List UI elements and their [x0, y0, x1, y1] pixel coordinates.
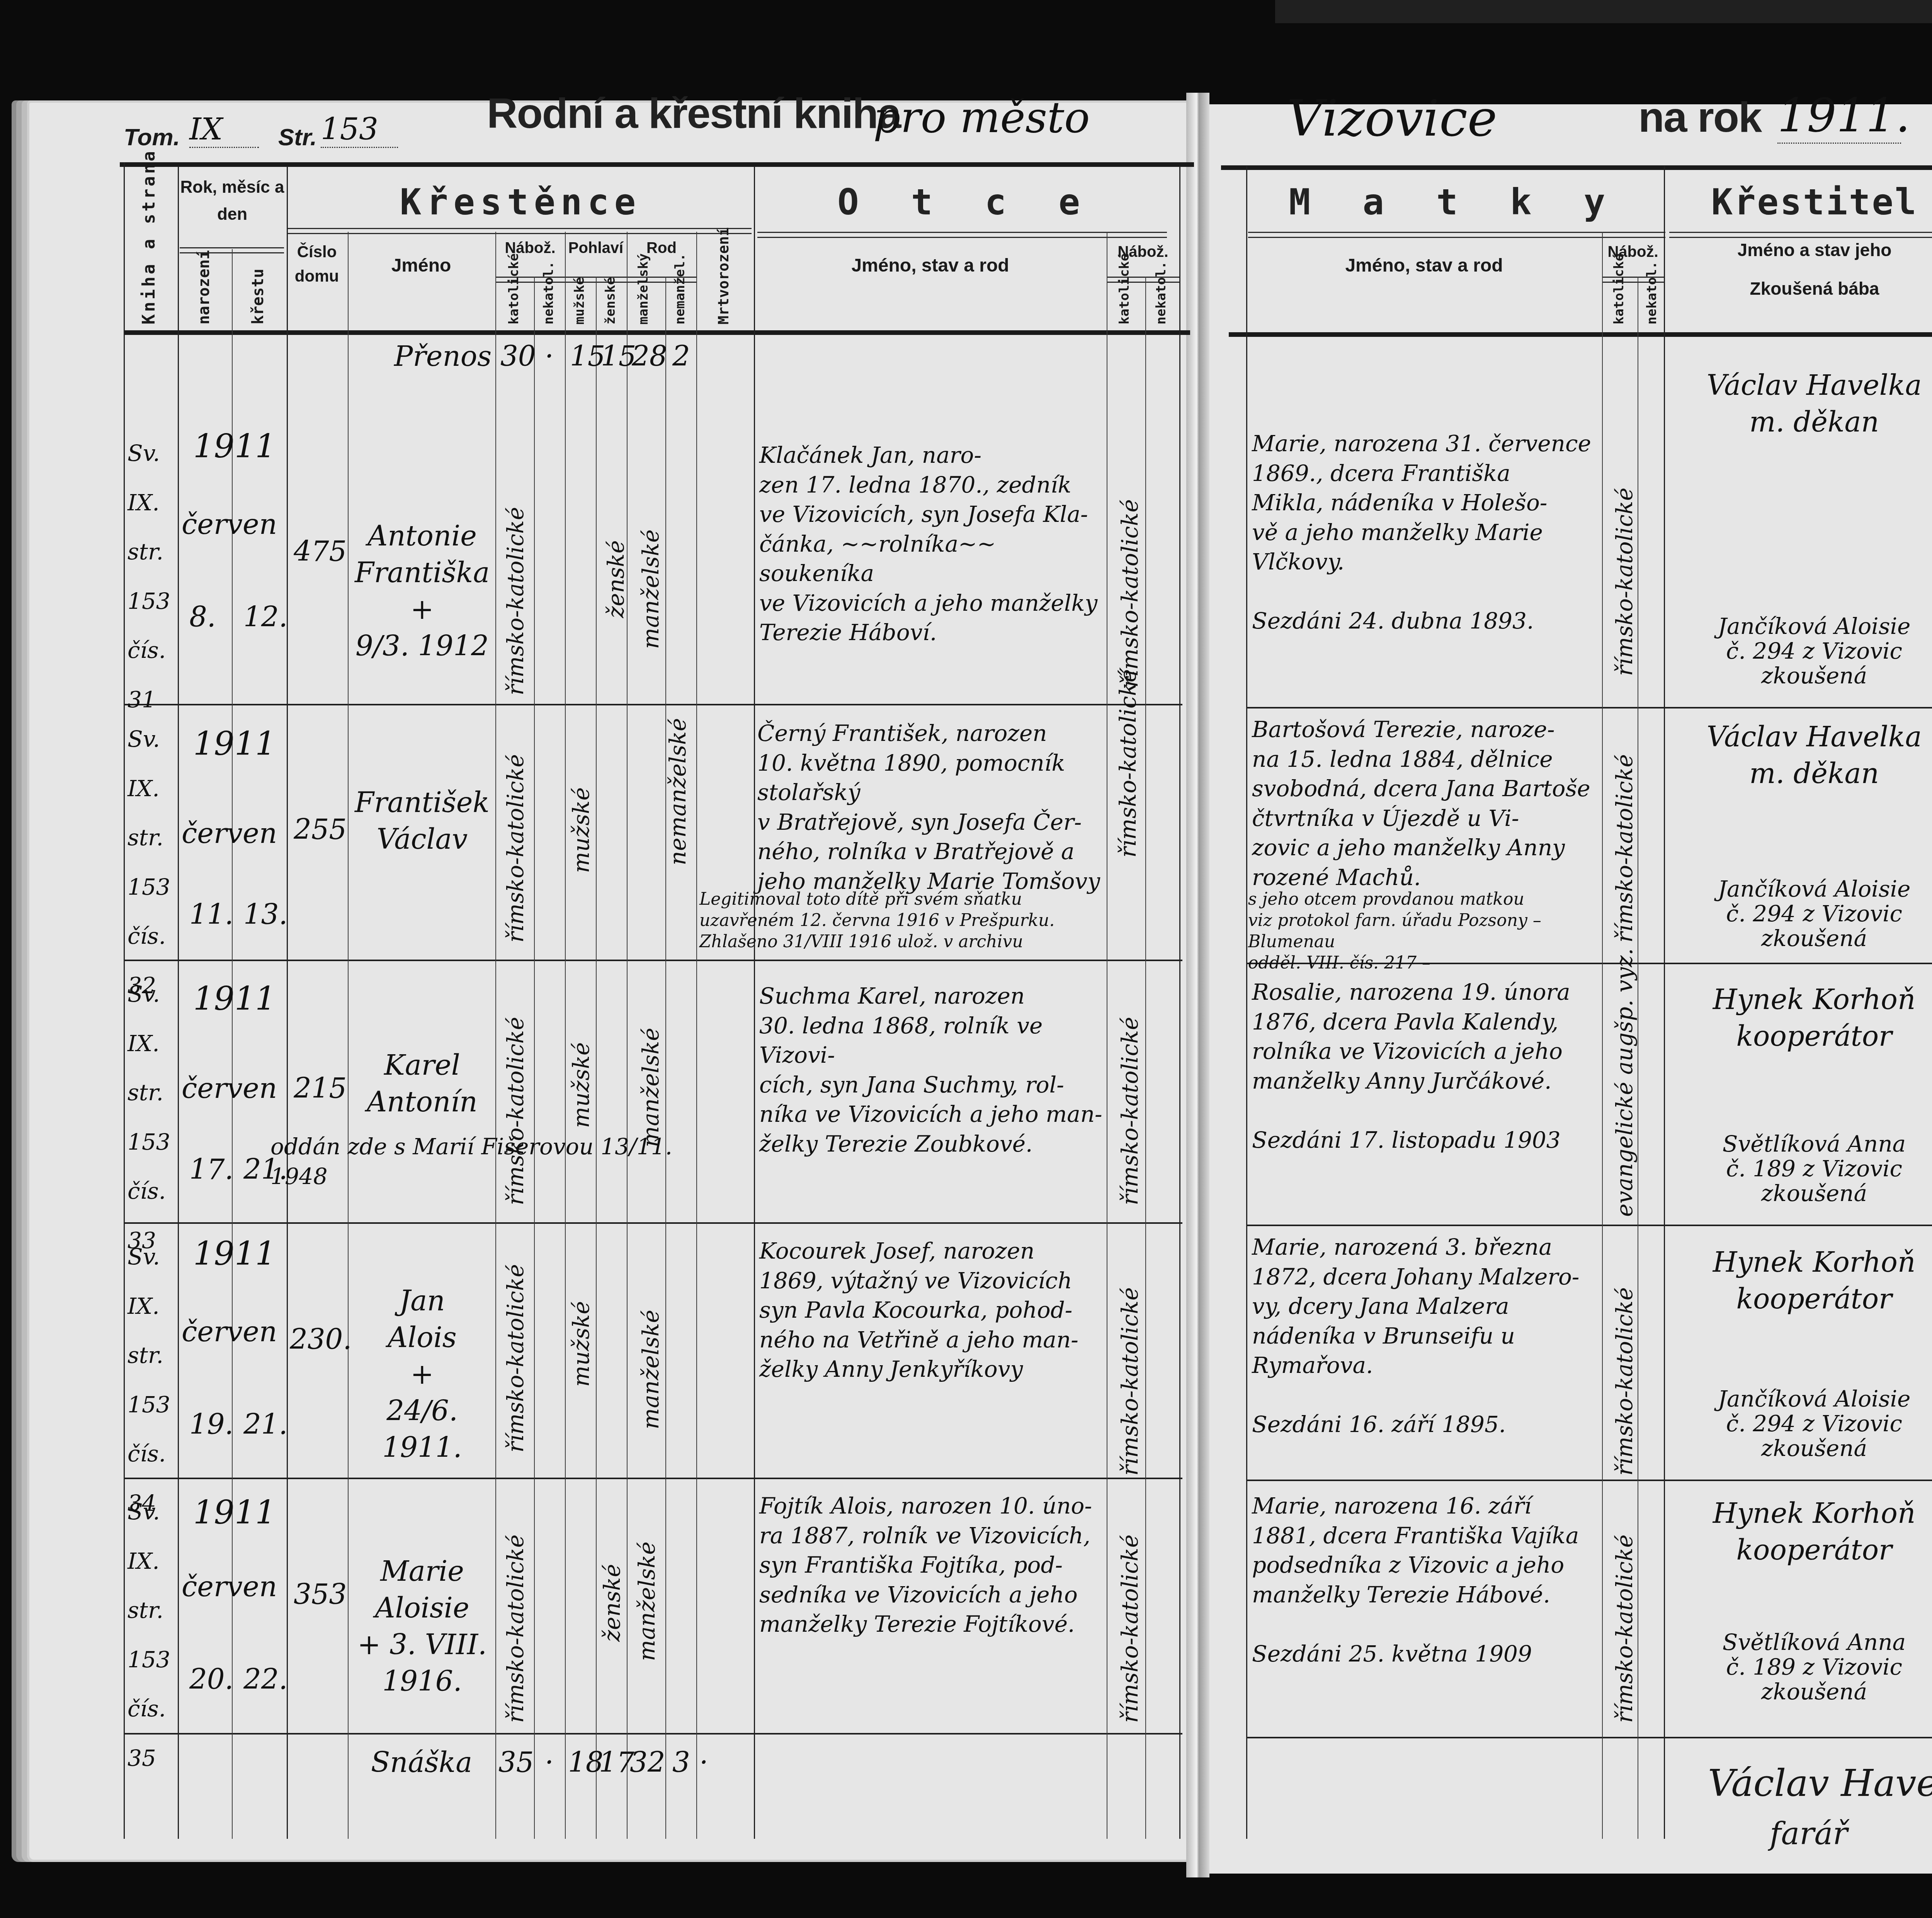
year-value: 1911. — [1777, 89, 1901, 144]
col-pohlavi: Pohlaví — [565, 240, 627, 257]
entry-otec: Klačánek Jan, naro- zen 17. ledna 1870.,… — [759, 440, 1103, 647]
entry-krestitel: Hynek Korhoň kooperátor — [1665, 1495, 1932, 1568]
row-divider — [124, 1478, 1182, 1479]
col-line — [1107, 232, 1107, 1839]
entry-narozeni: 19. — [189, 1406, 234, 1443]
entry-rod: manželské — [634, 1530, 660, 1661]
col-zenske: ženské — [603, 282, 618, 324]
col-line — [1638, 277, 1638, 1839]
town-name: Vizovice — [1287, 89, 1497, 148]
title-pro-mesto: pro město — [873, 93, 1090, 142]
entry-nabozenstvi: římsko-katolické — [502, 1507, 529, 1723]
tom-label: Tom. — [124, 124, 180, 151]
entry-baba: Jančíková Aloisie č. 294 z Vizovic zkouš… — [1665, 1387, 1932, 1461]
carry-over-label: Přenos — [394, 340, 492, 372]
totals-label: Snáška — [371, 1746, 472, 1779]
entry-krestu: 21. — [243, 1406, 288, 1443]
row-divider — [1246, 1737, 1932, 1738]
entry-krestitel: Hynek Korhoň kooperátor — [1665, 1244, 1932, 1317]
entry-nabozenstvi: římsko-katolické — [502, 456, 529, 695]
entry-mesic: červen — [182, 1313, 277, 1350]
entry-krestu: 22. — [243, 1661, 288, 1698]
col-matky-katolicke: katolické — [1611, 282, 1627, 324]
col-line — [696, 232, 697, 1839]
entry-kniha: Sv. IX. str. 153 čís. 35 — [128, 1487, 176, 1783]
section-krestitel: Křestitel — [1664, 182, 1932, 223]
col-muzske: mužské — [572, 282, 587, 324]
col-manzelsky: manželský — [636, 282, 651, 324]
col-line — [287, 166, 288, 1839]
entry-narozeni: 11. — [189, 896, 234, 933]
entry-krestitel: Václav Havelka m. děkan — [1665, 367, 1932, 440]
col-line — [665, 277, 666, 1839]
entry-otec: Kocourek Josef, narozen 1869, výtažný ve… — [759, 1236, 1103, 1384]
entry-jmeno: František Václav — [350, 784, 495, 858]
entry-narozeni: 8. — [189, 599, 216, 635]
entry-cislo-domu: 215 — [294, 1070, 347, 1107]
entry-pohlavi: mužské — [568, 1031, 594, 1128]
totals-muzske: 18 — [568, 1746, 604, 1779]
row-divider — [124, 1222, 1182, 1224]
krestence-subrule — [288, 228, 752, 234]
entry-matka: Marie, narozena 16. září 1881, dcera Fra… — [1252, 1491, 1600, 1668]
book-gutter — [1186, 93, 1209, 1877]
str-label: Str. — [278, 124, 317, 151]
entry-baba: Světlíková Anna č. 189 z Vizovic zkoušen… — [1665, 1630, 1932, 1704]
entry-rok: 1911 — [193, 1491, 276, 1534]
entry-baba: Jančíková Aloisie č. 294 z Vizovic zkouš… — [1665, 877, 1932, 951]
entry-matka: Marie, narozená 3. března 1872, dcera Jo… — [1252, 1232, 1600, 1439]
entry-matka-nabozenstvi: římsko-katolické — [1611, 444, 1638, 676]
entry-narozeni: 17. — [189, 1151, 234, 1188]
col-otce-nekatol: nekatol. — [1153, 282, 1169, 324]
entry-baba: Světlíková Anna č. 189 z Vizovic zkoušen… — [1665, 1132, 1932, 1206]
tom-value: IX — [189, 112, 259, 148]
entry-mesic: červen — [182, 1070, 277, 1107]
col-nekatol: nekatol. — [541, 282, 556, 324]
entry-kniha: Sv. IX. str. 153 čís. 31 — [128, 429, 176, 725]
row-divider — [124, 960, 1182, 961]
entry-krestu: 12. — [243, 599, 288, 635]
col-line — [534, 277, 535, 1839]
col-line — [754, 166, 755, 1839]
col-narozeni: narození — [195, 255, 213, 324]
entry-otec: Suchma Karel, narozen 30. ledna 1868, ro… — [759, 981, 1103, 1159]
otce-subrule — [757, 232, 1167, 238]
entry-jmeno: Karel Antonín — [350, 1047, 495, 1120]
carry-over-zenske: 15 — [601, 340, 636, 372]
entry-rok: 1911 — [193, 425, 276, 468]
carry-over-katolicke: 30 — [500, 340, 536, 372]
col-line — [495, 232, 496, 1839]
str-value: 153 — [321, 112, 398, 148]
entry-rok: 1911 — [193, 1232, 276, 1275]
section-krestence: Křestěnce — [287, 182, 754, 223]
entry-mesic: červen — [182, 506, 277, 543]
row-divider — [124, 704, 1182, 705]
entry-otec-nabozenstvi: římsko-katolické — [1117, 1507, 1143, 1723]
entry-mesic: červen — [182, 815, 277, 852]
col-jmeno: Jméno — [348, 255, 495, 276]
col-line — [1179, 166, 1180, 1839]
totals-mrtvorozeni: · — [699, 1746, 708, 1779]
entry-jmeno: Marie Aloisie + 3. VIII. 1916. — [350, 1553, 495, 1700]
table-top-rule-left — [120, 162, 1194, 167]
totals-katolicke: 35 — [498, 1746, 534, 1779]
pastor-signature: Václav Havelka — [1708, 1762, 1932, 1805]
entry-cislo-domu: 255 — [294, 811, 347, 848]
entry-krestitel: Hynek Korhoň kooperátor — [1665, 981, 1932, 1055]
entry-rod: manželské — [638, 1020, 664, 1147]
entry-cislo-domu: 230. — [290, 1321, 352, 1358]
entry-matka-nabozenstvi: římsko-katolické — [1611, 1259, 1638, 1476]
entry-matka: Rosalie, narozena 19. února 1876, dcera … — [1252, 977, 1600, 1155]
col-line — [627, 232, 628, 1839]
col-line — [178, 166, 179, 1839]
col-line — [348, 232, 349, 1839]
row-divider — [1246, 1225, 1932, 1226]
col-krestitel-jmeno: Jméno a stav jeho — [1664, 240, 1932, 260]
entry-matka-nabozenstvi: římsko-katolické — [1611, 1507, 1638, 1723]
entry-rok: 1911 — [193, 722, 276, 765]
entry-krestu: 13. — [243, 896, 288, 933]
col-naboz: Nábož. — [495, 240, 565, 257]
col-katolicke: katolické — [506, 282, 522, 324]
col-zkousena-baba: Zkoušená bába — [1664, 278, 1932, 299]
entry-jmeno: Jan Alois + 24/6. 1911. — [350, 1283, 495, 1466]
entry-rod: manželské — [638, 1275, 664, 1429]
totals-manzelsky: 32 — [630, 1746, 665, 1779]
col-matky-jmeno: Jméno, stav a rod — [1246, 255, 1602, 276]
row-divider — [1246, 1480, 1932, 1481]
pastor-title: farář — [1770, 1816, 1847, 1852]
col-line — [124, 162, 125, 1839]
entry-otec-nabozenstvi: římsko-katolické — [1115, 719, 1141, 858]
totals-zenske: 17 — [599, 1746, 634, 1779]
entry-kniha: Sv. IX. str. 153 čís. 34 — [128, 1232, 176, 1528]
entry-nabozenstvi: římsko-katolické — [502, 1236, 529, 1453]
carry-over-muzske: 15 — [570, 340, 605, 372]
entry-kniha: Sv. IX. str. 153 čís. 32 — [128, 715, 176, 1011]
col-line — [1145, 277, 1146, 1839]
col-line — [565, 232, 566, 1839]
entry-baba: Jančíková Aloisie č. 294 z Vizovic zkouš… — [1665, 614, 1932, 688]
col-mrtvorozeni: Mrtvorození — [715, 240, 732, 324]
entry-matka: Marie, narozena 31. července 1869., dcer… — [1252, 429, 1600, 636]
entry-matka: Bartošová Terezie, naroze- na 15. ledna … — [1252, 715, 1600, 892]
table-top-rule-right — [1221, 165, 1932, 170]
totals-nekatol: · — [545, 1746, 554, 1779]
entry-pohlavi: ženské — [599, 1541, 625, 1642]
entry-otec: Černý František, narozen 10. května 1890… — [757, 719, 1105, 896]
entry-nabozenstvi: římsko-katolické — [502, 989, 529, 1205]
col-rok-mesic-den: Rok, měsíc a den — [179, 174, 286, 228]
register-title: Rodní a křestní kniha — [487, 89, 900, 138]
row-divider — [1246, 707, 1932, 708]
section-otce: O t c e — [754, 182, 1179, 223]
col-line — [596, 277, 597, 1839]
entry-otec-note: Legitimoval toto dítě při svém sňatku uz… — [699, 888, 1179, 952]
carry-over-nemanzel: 2 — [672, 340, 690, 372]
entry-matka-nabozenstvi: římsko-katolické — [1611, 726, 1638, 943]
entry-rok: 1911 — [193, 977, 276, 1020]
entry-otec-nabozenstvi: římsko-katolické — [1117, 1259, 1143, 1476]
entry-cislo-domu: 475 — [294, 533, 347, 570]
entry-krestitel: Václav Havelka m. děkan — [1665, 719, 1932, 792]
entry-rod: manželské — [638, 502, 664, 649]
col-matky-nekatol: nekatol. — [1644, 282, 1660, 324]
carry-over-nekatol: · — [545, 340, 554, 372]
entry-otec-nabozenstvi: římsko-katolické — [1117, 456, 1143, 688]
entry-pohlavi: mužské — [568, 776, 594, 873]
entry-cislo-domu: 353 — [294, 1576, 347, 1613]
col-otce-jmeno: Jméno, stav a rod — [754, 255, 1107, 276]
entry-mesic: červen — [182, 1568, 277, 1605]
entry-narozeni: 20. — [189, 1661, 234, 1698]
entry-matka-note: s jeho otcem provdanou matkou viz protok… — [1248, 888, 1604, 973]
entry-pohlavi: mužské — [568, 1286, 594, 1387]
col-nemanzel: nemanžel. — [672, 282, 688, 324]
year-label: na rok — [1638, 93, 1761, 142]
header-bottom-rule-right — [1229, 332, 1932, 337]
totals-nemanzel: 3 — [672, 1746, 690, 1779]
krestitel-kmotr-subrule — [1669, 232, 1932, 238]
entry-matka-nabozenstvi: evangelické augšp. vyz. — [1611, 977, 1638, 1217]
entry-jmeno: Antonie Františka + 9/3. 1912 — [350, 518, 495, 664]
entry-pohlavi: ženské — [603, 502, 629, 618]
entry-nabozenstvi: římsko-katolické — [502, 726, 529, 943]
col-line — [1246, 166, 1247, 1839]
carry-over-manzelsky: 28 — [632, 340, 667, 372]
entry-rod: nemanželské — [665, 726, 691, 865]
col-line — [1602, 232, 1603, 1839]
col-kniha-a-strana: Kniha a strana — [139, 193, 159, 324]
entry-otec: Fojtík Alois, narozen 10. úno- ra 1887, … — [759, 1491, 1103, 1639]
row-divider — [124, 1733, 1182, 1735]
entry-kniha: Sv. IX. str. 153 čís. 33 — [128, 970, 176, 1266]
header-bottom-rule-left — [124, 330, 1190, 335]
col-otce-katolicke: katolické — [1117, 282, 1132, 324]
col-cislo-domu: Číslo domu — [288, 240, 346, 288]
entry-otec-nabozenstvi: římsko-katolické — [1117, 989, 1143, 1205]
col-krestu: křestu — [249, 263, 267, 324]
matky-subrule — [1248, 232, 1665, 238]
section-matky: M a t k y — [1246, 182, 1663, 223]
col-line — [1664, 166, 1665, 1839]
book-edge-shadow — [1275, 0, 1932, 23]
